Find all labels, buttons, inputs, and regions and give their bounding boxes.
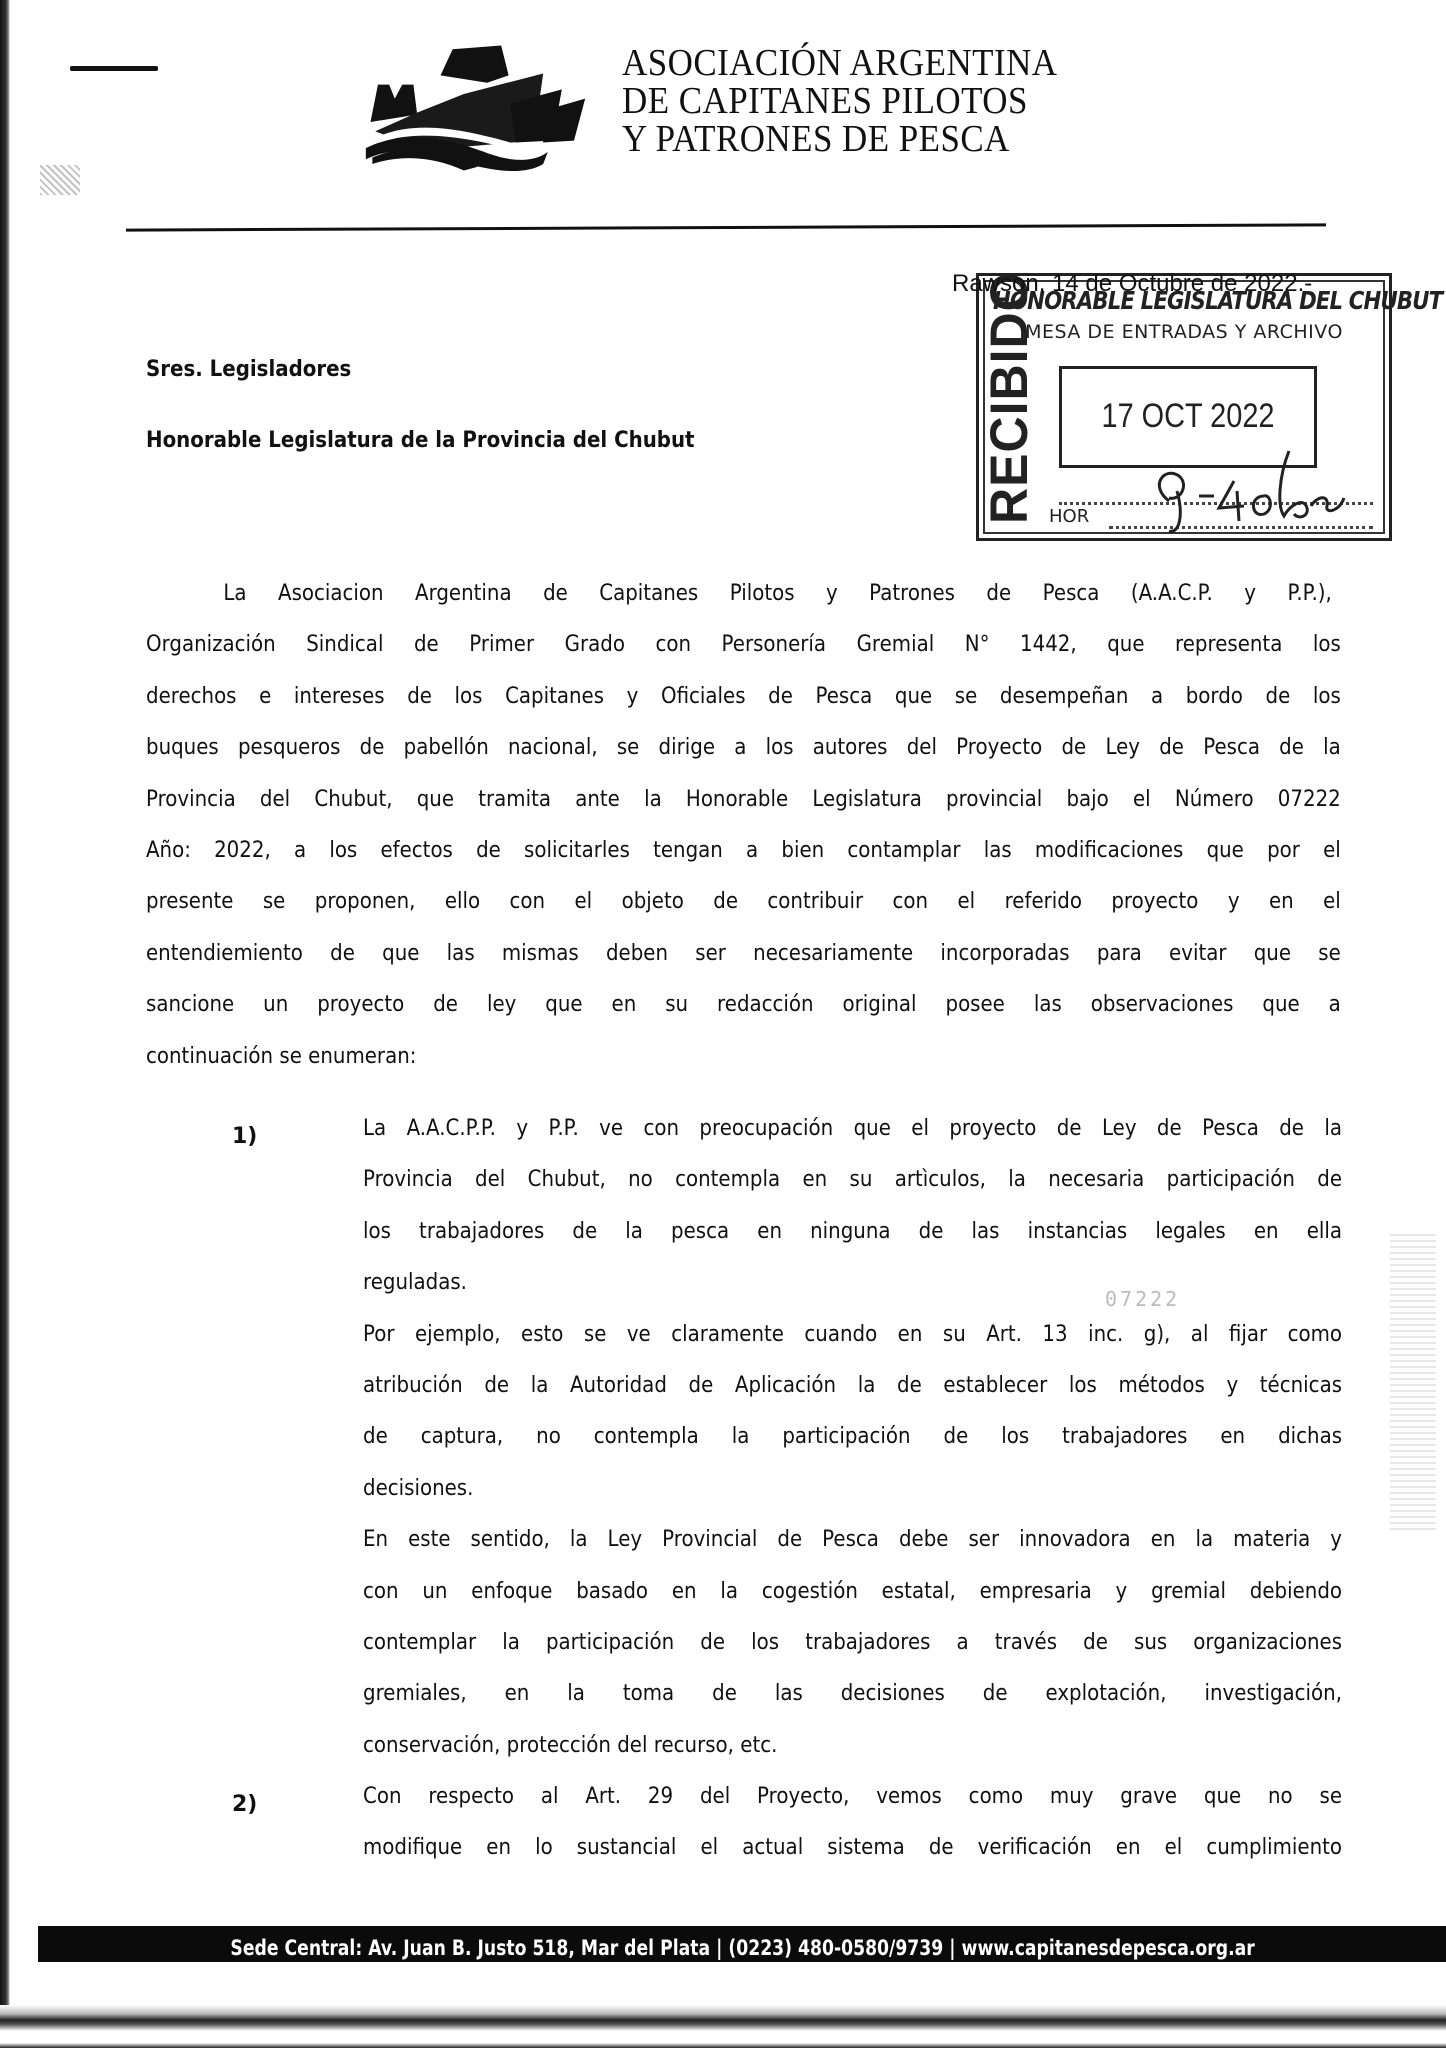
text-line: gremiales, en la toma de las decisiones …	[363, 1668, 1342, 1719]
text-line: Por ejemplo, esto se ve claramente cuand…	[363, 1309, 1342, 1360]
text-line: La Asociacion Argentina de Capitanes Pil…	[146, 568, 1332, 619]
org-name-line: DE CAPITANES PILOTOS	[622, 82, 1058, 120]
margin-dash-mark	[70, 66, 158, 71]
text-line: modifique en lo sustancial el actual sis…	[363, 1822, 1342, 1873]
letter-date: Rawson, 14 de Octubre de 2022.-	[952, 270, 1312, 298]
text-line: atribución de la Autoridad de Aplicación…	[363, 1360, 1342, 1411]
scan-smudge	[1390, 1230, 1436, 1530]
stamp-subtitle: MESA DE ENTRADAS Y ARCHIVO	[979, 321, 1389, 343]
text-line: sancione un proyecto de ley que en su re…	[146, 979, 1341, 1030]
text-line: Provincia del Chubut, no contempla en su…	[363, 1154, 1342, 1205]
item-number: 1)	[232, 1124, 257, 1149]
text-line: conservación, protección del recurso, et…	[363, 1720, 1342, 1771]
scan-edge-left	[0, 0, 10, 2048]
stamp-date: 17 OCT 2022	[1081, 397, 1295, 436]
list-item: La A.A.C.P.P. y P.P. ve con preocupación…	[363, 1103, 1343, 1771]
faint-stamp-number: 07222	[1105, 1287, 1180, 1311]
stamp-vertical-label: RECIBIDO	[983, 272, 1036, 524]
text-line: Con respecto al Art. 29 del Proyecto, ve…	[363, 1771, 1342, 1822]
footer-contact-bar: Sede Central: Av. Juan B. Justo 518, Mar…	[38, 1926, 1446, 1962]
item-number: 2)	[232, 1792, 257, 1817]
text-line: reguladas.	[363, 1257, 1342, 1308]
text-line: Año: 2022, a los efectos de solicitarles…	[146, 825, 1341, 876]
text-line: entendiemiento de que las mismas deben s…	[146, 928, 1341, 979]
text-line: presente se proponen, ello con el objeto…	[146, 876, 1341, 927]
received-stamp: HONORABLE LEGISLATURA DEL CHUBUT MESA DE…	[976, 273, 1392, 541]
text-line: de captura, no contempla la participació…	[363, 1411, 1342, 1462]
text-line: contemplar la participación de los traba…	[363, 1617, 1342, 1668]
text-line: Organización Sindical de Primer Grado co…	[146, 619, 1341, 670]
scan-edge-bottom	[0, 2005, 1446, 2048]
text-line: derechos e intereses de los Capitanes y …	[146, 671, 1341, 722]
text-line: continuación se enumeran:	[146, 1031, 1341, 1082]
handwritten-time-signature	[1139, 446, 1349, 536]
text-line: La A.A.C.P.P. y P.P. ve con preocupación…	[363, 1103, 1342, 1154]
organization-name: ASOCIACIÓN ARGENTINA DE CAPITANES PILOTO…	[622, 44, 1058, 158]
addressee-line-1: Sres. Legisladores	[146, 357, 351, 382]
text-line: los trabajadores de la pesca en ninguna …	[363, 1206, 1342, 1257]
text-line: Provincia del Chubut, que tramita ante l…	[146, 774, 1341, 825]
text-line: decisiones.	[363, 1463, 1342, 1514]
list-item: Con respecto al Art. 29 del Proyecto, ve…	[363, 1771, 1343, 1874]
stamp-hour-label: HOR	[1049, 506, 1089, 527]
header-divider	[126, 223, 1326, 231]
text-line: buques pesqueros de pabellón nacional, s…	[146, 722, 1341, 773]
org-name-line: Y PATRONES DE PESCA	[622, 120, 1058, 158]
scan-speckle	[40, 165, 80, 195]
intro-paragraph: La Asociacion Argentina de Capitanes Pil…	[146, 568, 1342, 1082]
text-line: con un enfoque basado en la cogestión es…	[363, 1566, 1342, 1617]
text-line: En este sentido, la Ley Provincial de Pe…	[363, 1514, 1342, 1565]
addressee-line-2: Honorable Legislatura de la Provincia de…	[146, 428, 695, 453]
footer-contact-text: Sede Central: Av. Juan B. Justo 518, Mar…	[231, 1936, 1255, 1962]
ship-waves-logo-icon	[345, 38, 620, 178]
org-name-line: ASOCIACIÓN ARGENTINA	[622, 44, 1058, 82]
